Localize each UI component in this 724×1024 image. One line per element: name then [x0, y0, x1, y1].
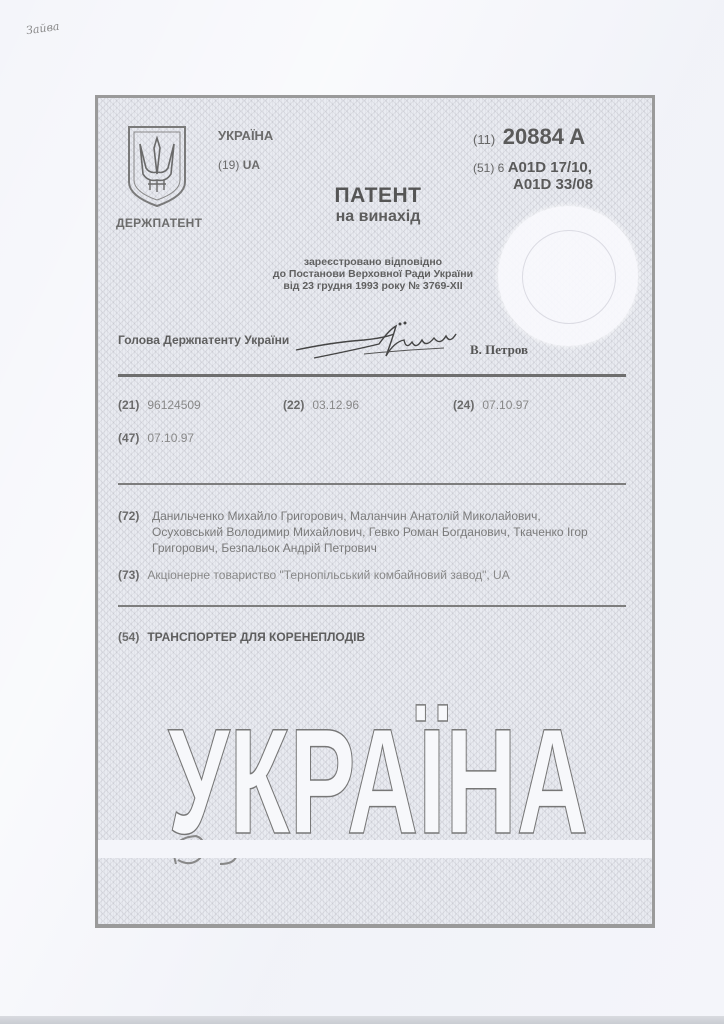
code19-label: (19): [218, 158, 239, 172]
field-code-21: (21): [118, 398, 139, 412]
application-number-field: (21)96124509: [118, 398, 201, 412]
seal-inner-ring: [522, 230, 616, 324]
publication-date-field: (47)07.10.97: [118, 431, 194, 445]
invention-title-field: (54)ТРАНСПОРТЕР ДЛЯ КОРЕНЕПЛОДІВ: [118, 630, 365, 644]
signatory-title: Голова Держпатенту України: [118, 333, 289, 347]
field-code-24: (24): [453, 398, 474, 412]
filing-date-field: (22)03.12.96: [283, 398, 359, 412]
embossed-seal: [498, 206, 638, 346]
registration-line-1: зареєстровано відповідно: [233, 256, 513, 268]
patent-owner-field: (73)Акціонерне товариство "Тернопільськи…: [118, 568, 510, 582]
inventors-field: (72) Данильченко Михайло Григорович, Мал…: [118, 508, 593, 556]
signer-name: В. Петров: [470, 342, 528, 358]
patent-number: 20884 A: [503, 124, 585, 149]
inventors-list: Данильченко Михайло Григорович, Маланчин…: [152, 508, 593, 556]
publication-date: 07.10.97: [147, 431, 194, 445]
country-code-field: (19) UA: [218, 158, 260, 172]
code51-label: (51) 6: [473, 161, 504, 175]
field-code-47: (47): [118, 431, 139, 445]
code19-value: UA: [243, 158, 260, 172]
watermark-band-gap: [98, 840, 652, 858]
field-code-22: (22): [283, 398, 304, 412]
registration-date-field: (24)07.10.97: [453, 398, 529, 412]
document-subtitle: на винахід: [98, 208, 655, 226]
divider: [118, 374, 626, 377]
registration-line-2: до Постанови Верховної Ради України: [233, 268, 513, 280]
filing-date: 03.12.96: [312, 398, 359, 412]
code11-label: (11): [473, 132, 495, 147]
field-code-54: (54): [118, 630, 139, 644]
document-title: ПАТЕНТ: [98, 184, 655, 208]
patent-certificate: ДЕРЖПАТЕНТ УКРАЇНА (19) UA (11) 20884 A …: [95, 95, 655, 928]
registration-line-3: від 23 грудня 1993 року № 3769-XII: [233, 280, 513, 292]
registration-date: 07.10.97: [482, 398, 529, 412]
handwritten-margin-note: Зайва: [25, 20, 60, 38]
country-name: УКРАЇНА: [218, 128, 273, 143]
registration-note: зареєстровано відповідно до Постанови Ве…: [233, 256, 513, 292]
ukraina-watermark: УКРАЇНА: [158, 688, 598, 888]
ipc-field: (51) 6 A01D 17/10,: [473, 160, 592, 176]
invention-title: ТРАНСПОРТЕР ДЛЯ КОРЕНЕПЛОДІВ: [147, 630, 365, 644]
field-code-72: (72): [118, 508, 152, 556]
scanner-edge: [0, 1016, 724, 1024]
ipc-class-1: A01D 17/10,: [508, 159, 592, 176]
patent-number-field: (11) 20884 A: [473, 124, 585, 150]
patent-owner: Акціонерне товариство "Тернопільський ко…: [147, 568, 509, 582]
field-code-73: (73): [118, 568, 139, 582]
application-number: 96124509: [147, 398, 200, 412]
divider: [118, 483, 626, 485]
divider: [118, 605, 626, 607]
handwritten-signature: [294, 320, 469, 365]
